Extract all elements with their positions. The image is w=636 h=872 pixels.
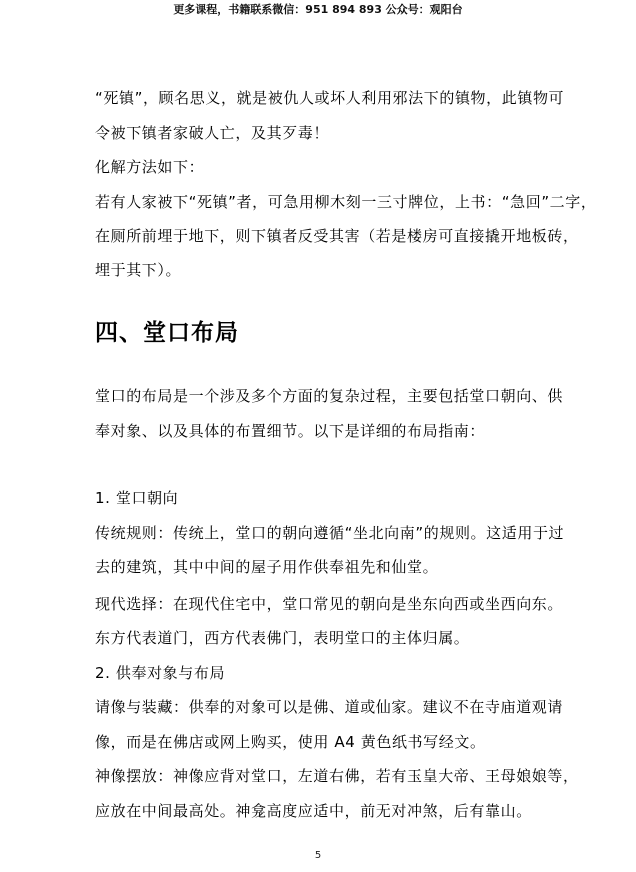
paragraph-line: 化解方法如下： xyxy=(95,157,204,177)
paragraph-line: 堂口的布局是一个涉及多个方面的复杂过程，主要包括堂口朝向、供 xyxy=(95,386,563,406)
paragraph-line: 东方代表道门，西方代表佛门，表明堂口的主体归属。 xyxy=(95,628,469,648)
paragraph-line: 若有人家被下“死镇”者，可急用柳木刻一三寸牌位，上书：“急回”二字， xyxy=(95,192,597,212)
paragraph-line: 埋于其下）。 xyxy=(95,260,181,280)
subsection-title: 2. 供奉对象与布局 xyxy=(95,663,225,683)
paragraph-line: 令被下镇者家破人亡，及其歹毒！ xyxy=(95,123,329,143)
paragraph-line: 去的建筑，其中中间的屋子用作供奉祖先和仙堂。 xyxy=(95,557,438,577)
paragraph-line: 像，而是在佛店或网上购买，使用 A4 黄色纸书写经文。 xyxy=(95,732,486,752)
page-number: 5 xyxy=(0,849,636,863)
paragraph-line: 奉对象、以及具体的布置细节。以下是详细的布局指南： xyxy=(95,421,485,441)
paragraph-line: 请像与装藏：供奉的对象可以是佛、道或仙家。建议不在寺庙道观请 xyxy=(95,697,563,717)
paragraph-line: 现代选择：在现代住宅中，堂口常见的朝向是坐东向西或坐西向东。 xyxy=(95,594,563,614)
paragraph-line: 神像摆放：神像应背对堂口，左道右佛，若有玉皇大帝、王母娘娘等， xyxy=(95,766,579,786)
subsection-title: 1. 堂口朝向 xyxy=(95,488,178,508)
paragraph-line: 在厕所前埋于地下，则下镇者反受其害（若是楼房可直接撬开地板砖， xyxy=(95,226,579,246)
section-heading: 四、堂口布局 xyxy=(95,318,239,348)
paragraph-line: 应放在中间最高处。神龛高度应适中，前无对冲煞，后有靠山。 xyxy=(95,801,532,821)
paragraph-line: 传统规则：传统上，堂口的朝向遵循“坐北向南”的规则。这适用于过 xyxy=(95,523,564,543)
paragraph-line: “死镇”，顾名思义，就是被仇人或坏人利用邪法下的镇物，此镇物可 xyxy=(95,88,564,108)
page-header: 更多课程，书籍联系微信：951 894 893 公众号：观阳台 xyxy=(0,2,636,18)
